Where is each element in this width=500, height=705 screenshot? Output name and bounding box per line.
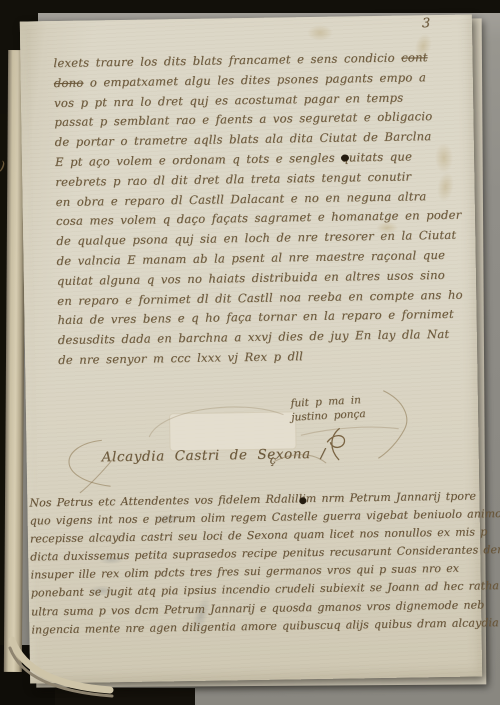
manuscript-photo: ) 3 lexets traure los dits blats francam… xyxy=(0,0,500,705)
page-stack-bottom-curve xyxy=(0,0,500,705)
